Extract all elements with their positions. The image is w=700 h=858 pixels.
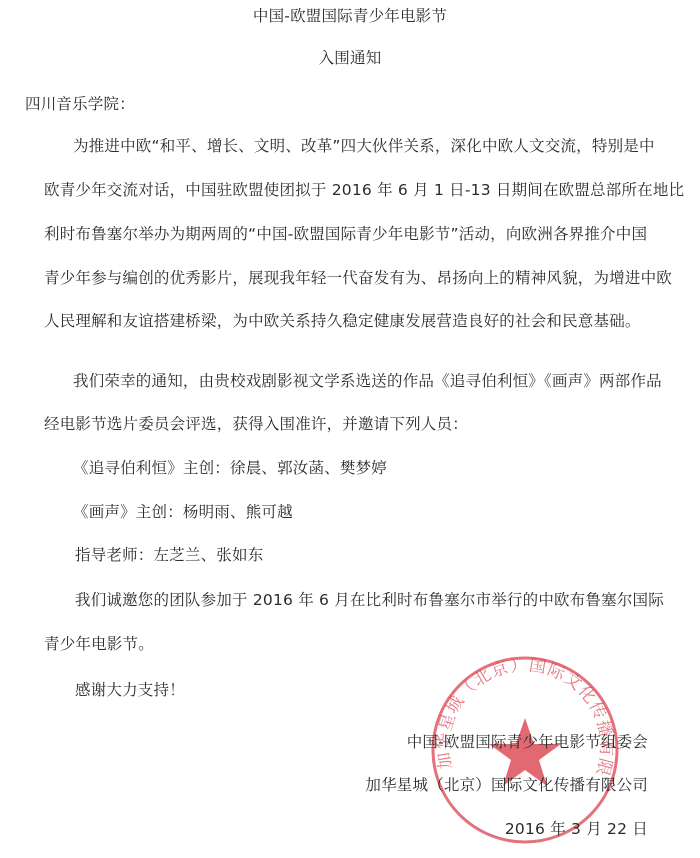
invitee-item: 《画声》主创：杨明雨、熊可越 [73,502,293,522]
paragraph-line: 经电影节选片委员会评选，获得入围准许，并邀请下列人员： [44,414,468,434]
paragraph-line: 为推进中欧“和平、增长、文明、改革”四大伙伴关系，深化中欧人文交流，特别是中 [73,136,655,156]
svg-text:加华星城（北京）国际文化传播有限公司: 加华星城（北京）国际文化传播有限公司 [420,650,616,778]
paragraph-line: 利时布鲁塞尔举办为期两周的“中国-欧盟国际青少年电影节”活动，向欧洲各界推介中国 [44,224,647,244]
document-subtitle: 入围通知 [0,48,700,68]
paragraph-line: 人民理解和友谊搭建桥梁，为中欧关系持久稳定健康发展营造良好的社会和民意基础。 [44,311,641,331]
paragraph-line: 我们荣幸的通知，由贵校戏剧影视文学系选送的作品《追寻伯利恒》《画声》两部作品 [73,371,662,391]
invitee-item: 《追寻伯利恒》主创：徐晨、郭汝菡、樊梦婷 [73,458,387,478]
signature-organizer: 中国-欧盟国际青少年电影节组委会 [407,732,648,752]
signature-date: 2016 年 3 月 22 日 [505,819,648,839]
salutation: 四川音乐学院： [25,94,135,114]
paragraph-line: 欧青少年交流对话，中国驻欧盟使团拟于 2016 年 6 月 1 日-13 日期间… [44,180,684,200]
document-title: 中国-欧盟国际青少年电影节 [0,6,700,26]
invitee-item: 指导老师：左芝兰、张如东 [75,545,263,565]
closing-remark: 感谢大力支持！ [75,680,185,700]
paragraph-line: 我们诚邀您的团队参加于 2016 年 6 月在比利时布鲁塞尔市举行的中欧布鲁塞尔… [75,590,664,610]
paragraph-line: 青少年参与编创的优秀影片，展现我年轻一代奋发有为、昂扬向上的精神风貌，为增进中欧 [44,268,672,288]
paragraph-line: 青少年电影节。 [44,634,154,654]
signature-company: 加华星城（北京）国际文化传播有限公司 [365,775,648,795]
